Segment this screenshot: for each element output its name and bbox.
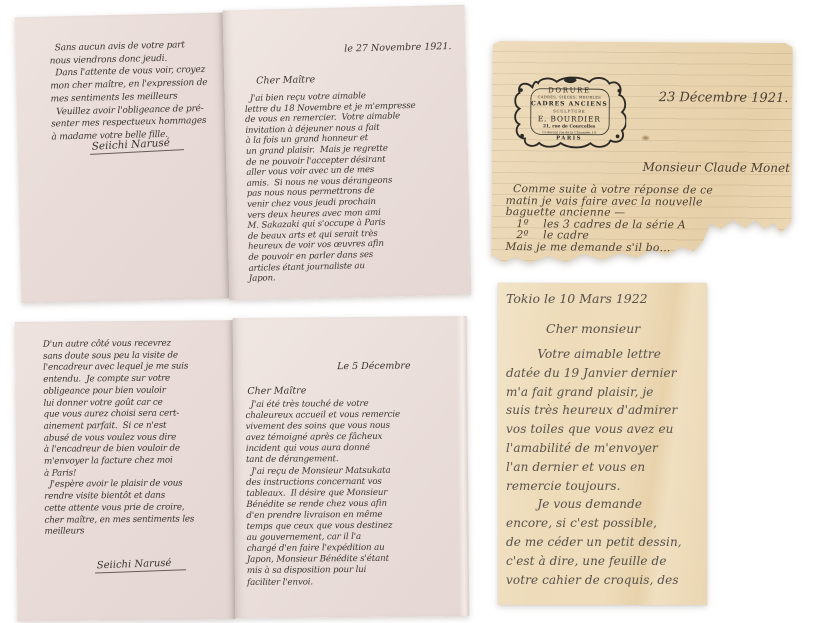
letterhead-name: E. BOURDIER [538, 114, 601, 123]
tokio-letter-page: Tokio le 10 Mars 1922 Cher monsieur Votr… [498, 283, 707, 605]
letter-line: votre cahier de croquis, des [506, 571, 682, 590]
letter-date: le 27 Novembre 1921. [344, 41, 452, 55]
december-letter-first-page: Le 5 Décembre Cher Maître J'ai été très … [233, 316, 470, 618]
letterhead-city: PARIS [556, 135, 582, 141]
letter-body: J'ai été très touché de votrechaleureux … [245, 399, 401, 589]
page-fold-edge [457, 316, 470, 616]
letter-body: J'ai bien reçu votre aimablelettre du 18… [245, 90, 420, 285]
letter-date: 23 Décembre 1921. [659, 90, 789, 106]
letter-line: Mais je me demande s'il bo… [505, 241, 712, 254]
letter-line: suis très heureux d'admirer [506, 401, 682, 420]
letter-salutation: Cher Maître [256, 74, 315, 86]
letterhead-subline: CADRES, SIÈGES, MEUBLES [538, 95, 601, 99]
letter-line: cette attente vous prie de croire, [44, 502, 194, 515]
letter-recipient: Monsieur Claude Monet [643, 160, 790, 175]
november-letter-first-page: le 27 Novembre 1921. Cher Maître J'ai bi… [223, 5, 472, 301]
signature: Seiichi Narusé [95, 557, 186, 573]
letterhead-text: DORURE CADRES, SIÈGES, MEUBLES CADRES AN… [512, 73, 627, 152]
letterhead-cartouche: DORURE CADRES, SIÈGES, MEUBLES CADRES AN… [512, 73, 627, 152]
letter-salutation: Cher monsieur [546, 321, 640, 336]
letter-line: l'amabilité de m'envoyer [506, 439, 682, 458]
letter-line: meilleurs [45, 526, 195, 539]
letterhead-address2: Ci-devant rue de la Chaussée, 14 [542, 130, 595, 134]
letter-body: Votre aimable lettredatée du 19 Janvier … [506, 345, 682, 589]
letter-body: D'un autre côté vous recevrezsans doute … [43, 338, 195, 538]
bourdier-letterhead-page: DORURE CADRES, SIÈGES, MEUBLES CADRES AN… [491, 41, 793, 269]
paper-blemish [641, 135, 650, 141]
letter-line: J'espère avoir le plaisir de vous [44, 479, 194, 492]
letter-line: c'est à dire, une feuille de [506, 552, 682, 571]
letter-line: encore, si c'est possible, [506, 514, 682, 533]
letter-date: Tokio le 10 Mars 1922 [506, 291, 648, 306]
bourdier-letter-wrap: DORURE CADRES, SIÈGES, MEUBLES CADRES AN… [492, 42, 792, 268]
letter-line: l'an dernier et vous en [506, 458, 682, 477]
letter-line: J'ai reçu de Monsieur Matsukata [246, 465, 400, 477]
letter-line: de me céder un petit dessin, [506, 533, 682, 552]
letterhead-sculpture: SCULPTURE [553, 108, 585, 113]
letter-line: Votre aimable lettre [506, 345, 682, 364]
letter-line: D'un autre côté vous recevrez [43, 338, 193, 351]
letter-line: faciliter l'envoi. [247, 576, 401, 588]
letter-line: Je vous demande [506, 495, 682, 514]
letter-line: vos toiles que vous avez eu [506, 420, 682, 439]
letter-line: l'encadreur avec lequel je me suis [43, 362, 193, 375]
letter-line: m'a fait grand plaisir, je [506, 383, 682, 402]
letter-line: remercie toujours. [506, 477, 682, 496]
letter-body: Comme suite à votre réponse de cematin j… [505, 183, 713, 254]
letter-body: Sans aucun avis de votre partnous viendr… [49, 39, 208, 144]
letter-line: cher maître, en mes sentiments les [44, 514, 194, 527]
november-letter-end-page: Sans aucun avis de votre partnous viendr… [15, 12, 230, 303]
letter-line: m'envoyer la facture chez moi [44, 455, 194, 468]
letter-date: Le 5 Décembre [337, 361, 411, 373]
letter-salutation: Cher Maître [247, 385, 306, 397]
bifolium-november-letter: Sans aucun avis de votre partnous viendr… [15, 7, 472, 307]
letter-line: temps que ceux que vous destinez [246, 521, 400, 533]
december-letter-end-page: D'un autre côté vous recevrezsans doute … [15, 320, 236, 621]
bifolium-december-letter: D'un autre côté vous recevrezsans doute … [15, 316, 470, 621]
letterhead-dorure: DORURE [548, 86, 591, 94]
letter-line: que vous aurez choisi sera cert- [43, 409, 193, 422]
letterhead-address1: 21, rue de Courcelles [543, 124, 595, 129]
letter-line: datée du 19 Janvier dernier [506, 364, 682, 383]
photo-canvas: Sans aucun avis de votre partnous viendr… [0, 0, 840, 623]
letterhead-cadres-anciens: CADRES ANCIENS [531, 100, 608, 108]
